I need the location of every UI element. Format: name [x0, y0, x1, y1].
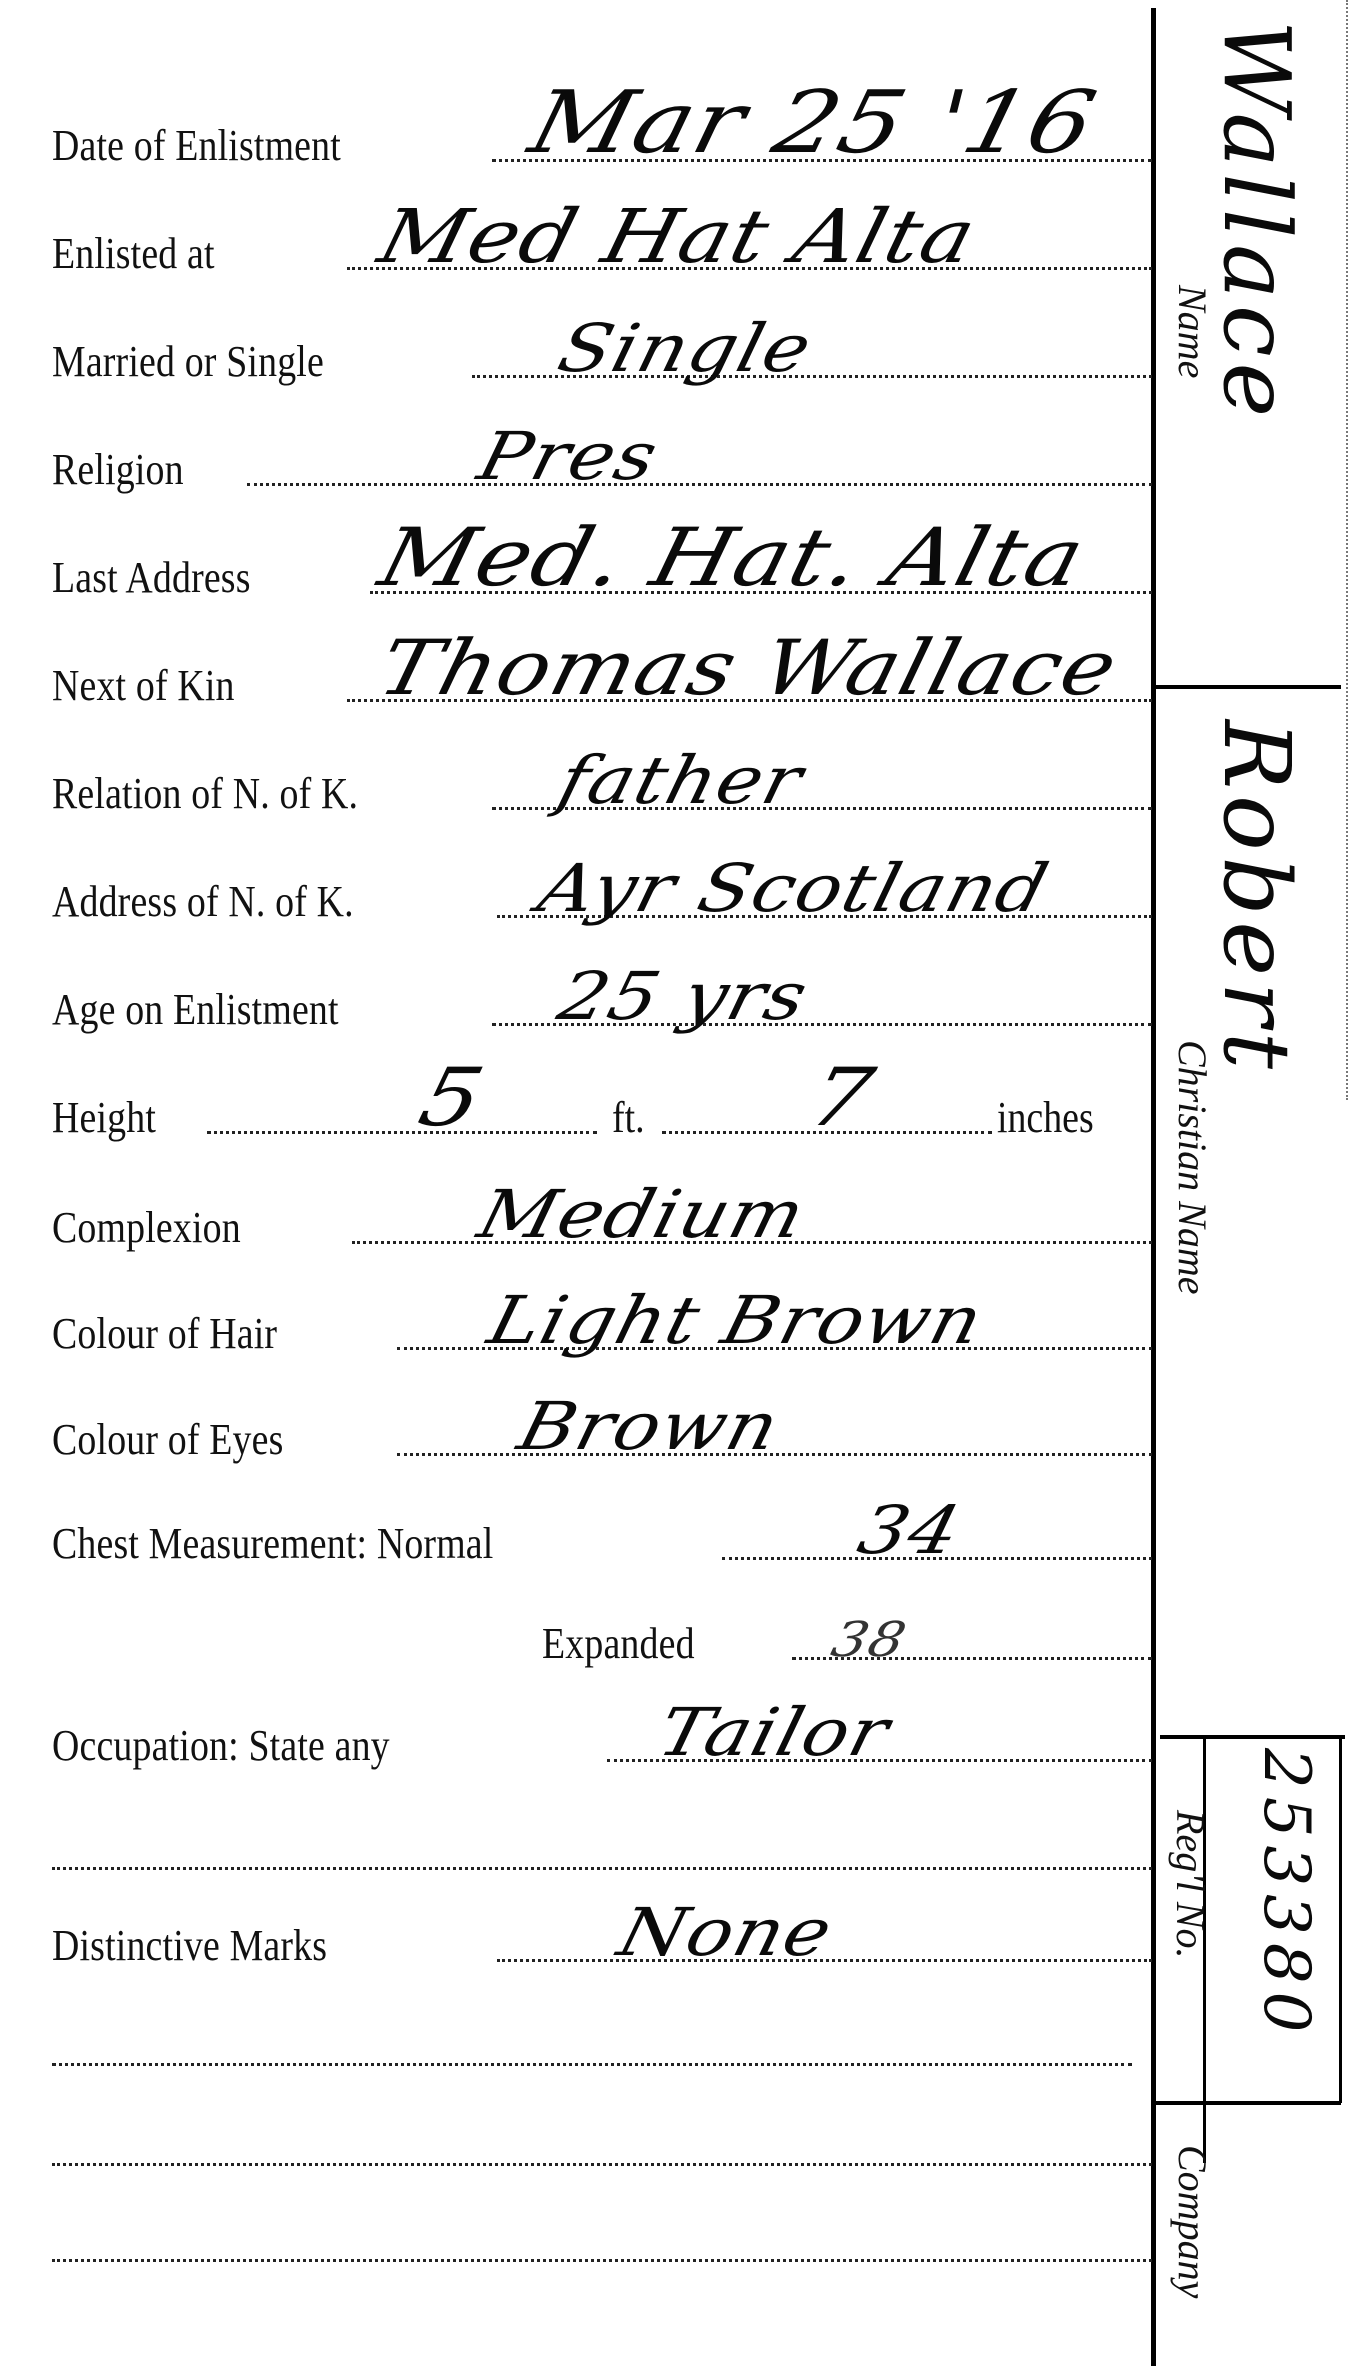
field-distinctive-marks-continued-1 — [52, 2012, 1152, 2072]
field-value: 38 — [827, 1616, 912, 1664]
field-label: Married or Single — [52, 340, 324, 384]
field-label: Distinctive Marks — [52, 1924, 327, 1968]
field-distinctive-marks: Distinctive Marks None — [52, 1908, 1152, 1968]
regt-section-bottom-divider — [1156, 2101, 1341, 2105]
field-height: Height 5 ft. 7 inches — [52, 1080, 1152, 1140]
field-value: Brown — [512, 1394, 786, 1460]
fill-line — [52, 1867, 1152, 1870]
surname-value: Wallace — [1210, 20, 1302, 423]
field-value: Med Hat Alta — [372, 200, 983, 274]
fill-line — [207, 1131, 597, 1134]
field-value: 25 yrs — [552, 964, 814, 1030]
field-value: Thomas Wallace — [372, 630, 1125, 706]
field-colour-of-eyes: Colour of Eyes Brown — [52, 1402, 1152, 1462]
field-distinctive-marks-continued-2 — [52, 2112, 1152, 2172]
fill-line — [497, 1959, 1152, 1962]
field-occupation: Occupation: State any Tailor — [52, 1708, 1152, 1768]
field-label: Relation of N. of K. — [52, 772, 358, 816]
fill-line — [397, 1453, 1152, 1456]
regt-right-divider — [1339, 1737, 1342, 2103]
field-chest-expanded: Expanded 38 — [52, 1606, 1152, 1666]
field-chest-normal: Chest Measurement: Normal 34 — [52, 1506, 1152, 1566]
regt-section-top-divider — [1160, 1735, 1345, 1739]
field-address-of-nok: Address of N. of K. Ayr Scotland — [52, 864, 1152, 924]
field-label: Height — [52, 1096, 156, 1140]
fill-line — [52, 2259, 1152, 2262]
regt-no-value: 253380 — [1254, 1748, 1318, 2040]
feet-label: ft. — [612, 1096, 645, 1140]
christian-name-value: Robert — [1210, 720, 1302, 1075]
field-label: Complexion — [52, 1206, 241, 1250]
field-value: Mar 25 '16 — [522, 80, 1104, 166]
field-distinctive-marks-continued-3 — [52, 2208, 1152, 2268]
field-value: Ayr Scotland — [532, 856, 1055, 922]
field-label: Colour of Eyes — [52, 1418, 284, 1462]
inches-label: inches — [997, 1096, 1094, 1140]
field-value: Medium — [472, 1182, 812, 1248]
company-label: Company — [1172, 2145, 1212, 2298]
field-label: Next of Kin — [52, 664, 235, 708]
field-label: Enlisted at — [52, 232, 215, 276]
regt-no-label: Reg'l No. — [1170, 1810, 1210, 1959]
field-value: None — [612, 1900, 839, 1966]
field-value: 34 — [852, 1498, 967, 1564]
right-edge-dotted-line — [1346, 0, 1348, 1100]
field-label: Religion — [52, 448, 184, 492]
field-label: Chest Measurement: Normal — [52, 1522, 493, 1566]
field-value: Pres — [472, 424, 664, 490]
fill-line — [52, 2063, 1132, 2066]
field-label: Last Address — [52, 556, 251, 600]
field-label: Age on Enlistment — [52, 988, 339, 1032]
field-age-on-enlistment: Age on Enlistment 25 yrs — [52, 972, 1152, 1032]
field-value: Med. Hat. Alta — [372, 518, 1092, 598]
field-next-of-kin: Next of Kin Thomas Wallace — [52, 648, 1152, 708]
field-label: Expanded — [542, 1622, 695, 1666]
field-value: father — [552, 748, 809, 814]
fill-line — [247, 483, 1152, 486]
fill-line — [52, 2163, 1152, 2166]
field-colour-of-hair: Colour of Hair Light Brown — [52, 1296, 1152, 1356]
field-last-address: Last Address Med. Hat. Alta — [52, 540, 1152, 600]
field-religion: Religion Pres — [52, 432, 1152, 492]
attestation-card: Name Wallace Christian Name Robert Reg'l… — [0, 0, 1370, 2366]
field-label: Date of Enlistment — [52, 124, 341, 168]
field-label: Address of N. of K. — [52, 880, 354, 924]
field-value: Light Brown — [482, 1288, 989, 1354]
field-value: Single — [552, 316, 818, 382]
height-feet-value: 5 — [412, 1058, 492, 1138]
field-complexion: Complexion Medium — [52, 1190, 1152, 1250]
field-occupation-continued — [52, 1816, 1152, 1876]
field-date-of-enlistment: Date of Enlistment Mar 25 '16 — [52, 108, 1152, 168]
field-value: Tailor — [652, 1700, 896, 1766]
field-label: Occupation: State any — [52, 1724, 390, 1768]
field-married-or-single: Married or Single Single — [52, 324, 1152, 384]
field-label: Colour of Hair — [52, 1312, 277, 1356]
height-inches-value: 7 — [802, 1058, 882, 1138]
field-enlisted-at: Enlisted at Med Hat Alta — [52, 216, 1152, 276]
field-relation-of-nok: Relation of N. of K. father — [52, 756, 1152, 816]
christian-name-label: Christian Name — [1172, 1040, 1212, 1294]
name-section-divider — [1156, 685, 1341, 689]
